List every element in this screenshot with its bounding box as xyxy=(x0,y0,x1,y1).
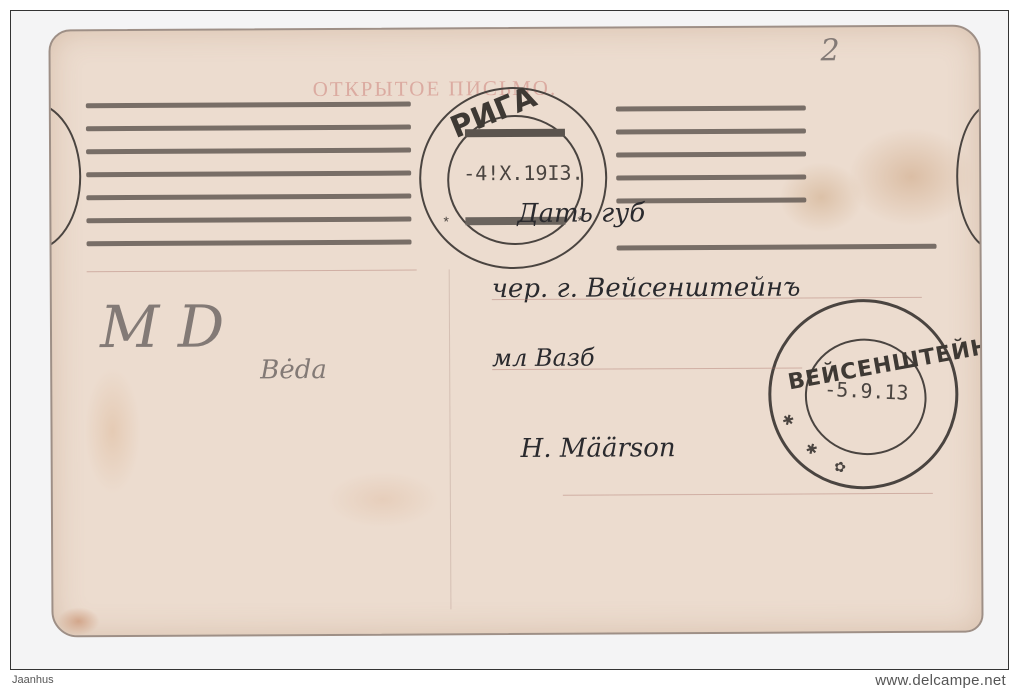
cancel-bar-long xyxy=(617,244,937,251)
divider-line xyxy=(449,269,452,609)
address-rule xyxy=(492,368,802,371)
pencil-initials: M D xyxy=(100,293,225,362)
rule-line xyxy=(87,270,417,273)
partial-postmark-left xyxy=(48,101,81,252)
postmark-date: -5.9.13 xyxy=(824,377,909,405)
partial-postmark-right xyxy=(956,101,984,251)
pencil-note: Bėda xyxy=(260,355,327,385)
cancel-bars-left xyxy=(86,102,412,265)
origin-postmark: РИГА -4!X.19I3. * * xyxy=(419,87,608,270)
site-watermark: www.delcampe.net xyxy=(875,672,1006,689)
arrival-postmark: ВЕЙСЕНШТЕЙНЪ -5.9.13 ✱ ✱ ✿ xyxy=(747,278,979,510)
postcard: ОТКРЫТОЕ ПИСЬМО. РИГА -4!X.19I3. * * ВЕЙ… xyxy=(48,25,983,638)
photographer-credit: Jaanhus xyxy=(12,674,54,686)
address-line-4: H. Määrson xyxy=(521,433,676,464)
pencil-number: 2 xyxy=(820,33,839,68)
postmark-date: -4!X.19I3. xyxy=(463,161,584,186)
address-rule xyxy=(563,493,933,496)
address-line-1: Дать губ xyxy=(517,198,645,229)
